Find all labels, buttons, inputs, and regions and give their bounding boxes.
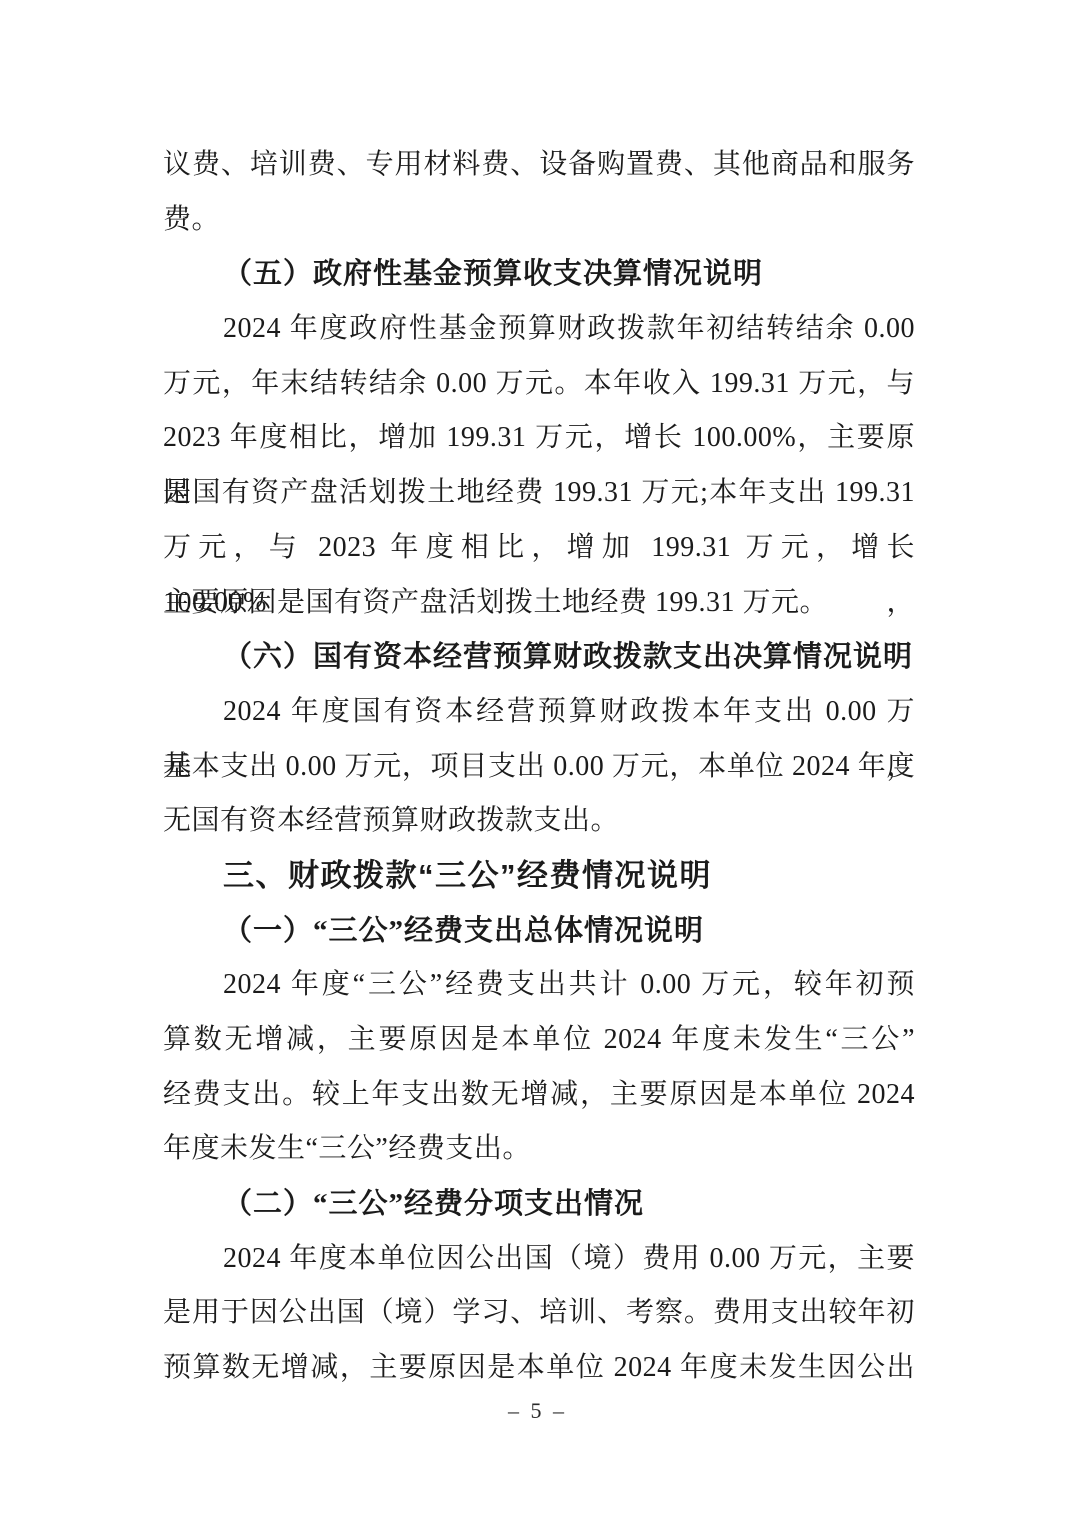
- text-line: 2023 年度相比，增加 199.31 万元，增长 100.00%，主要原因: [163, 411, 915, 466]
- text-line: 是国有资产盘活划拨土地经费 199.31 万元;本年支出 199.31: [163, 466, 915, 521]
- text-line: 无国有资本经营预算财政拨款支出。: [163, 794, 915, 849]
- text-line: 基本支出 0.00 万元，项目支出 0.00 万元，本单位 2024 年度: [163, 740, 915, 795]
- section-heading: （二）“三公”经费分项支出情况: [163, 1177, 915, 1232]
- text-line: 是用于因公出国（境）学习、培训、考察。费用支出较年初: [163, 1286, 915, 1341]
- document-page: 议费、培训费、专用材料费、设备购置费、其他商品和服务费。（五）政府性基金预算收支…: [0, 0, 1075, 1520]
- text-line: 费。: [163, 193, 915, 248]
- text-line: 2024 年度国有资本经营预算财政拨本年支出 0.00 万元，: [163, 685, 915, 740]
- text-line: 万元，与 2023 年度相比，增加 199.31 万元，增长 100.00%，: [163, 521, 915, 576]
- text-line: 算数无增减，主要原因是本单位 2024 年度未发生“三公”: [163, 1013, 915, 1068]
- section-heading: （一）“三公”经费支出总体情况说明: [163, 904, 915, 959]
- text-line: 2024 年度政府性基金预算财政拨款年初结转结余 0.00: [163, 302, 915, 357]
- text-line: 万元，年末结转结余 0.00 万元。本年收入 199.31 万元，与: [163, 357, 915, 412]
- text-line: 年度未发生“三公”经费支出。: [163, 1122, 915, 1177]
- text-line: 2024 年度“三公”经费支出共计 0.00 万元，较年初预: [163, 958, 915, 1013]
- section-heading: 三、财政拨款“三公”经费情况说明: [163, 849, 915, 904]
- text-line: 预算数无增减，主要原因是本单位 2024 年度未发生因公出: [163, 1341, 915, 1396]
- section-heading: （六）国有资本经营预算财政拨款支出决算情况说明: [163, 630, 915, 685]
- page-number: – 5 –: [0, 1398, 1075, 1424]
- text-line: 主要原因是国有资产盘活划拨土地经费 199.31 万元。: [163, 576, 915, 631]
- document-body: 议费、培训费、专用材料费、设备购置费、其他商品和服务费。（五）政府性基金预算收支…: [163, 138, 915, 1396]
- text-line: 2024 年度本单位因公出国（境）费用 0.00 万元，主要: [163, 1232, 915, 1287]
- text-line: 议费、培训费、专用材料费、设备购置费、其他商品和服务: [163, 138, 915, 193]
- text-line: 经费支出。较上年支出数无增减，主要原因是本单位 2024: [163, 1068, 915, 1123]
- section-heading: （五）政府性基金预算收支决算情况说明: [163, 247, 915, 302]
